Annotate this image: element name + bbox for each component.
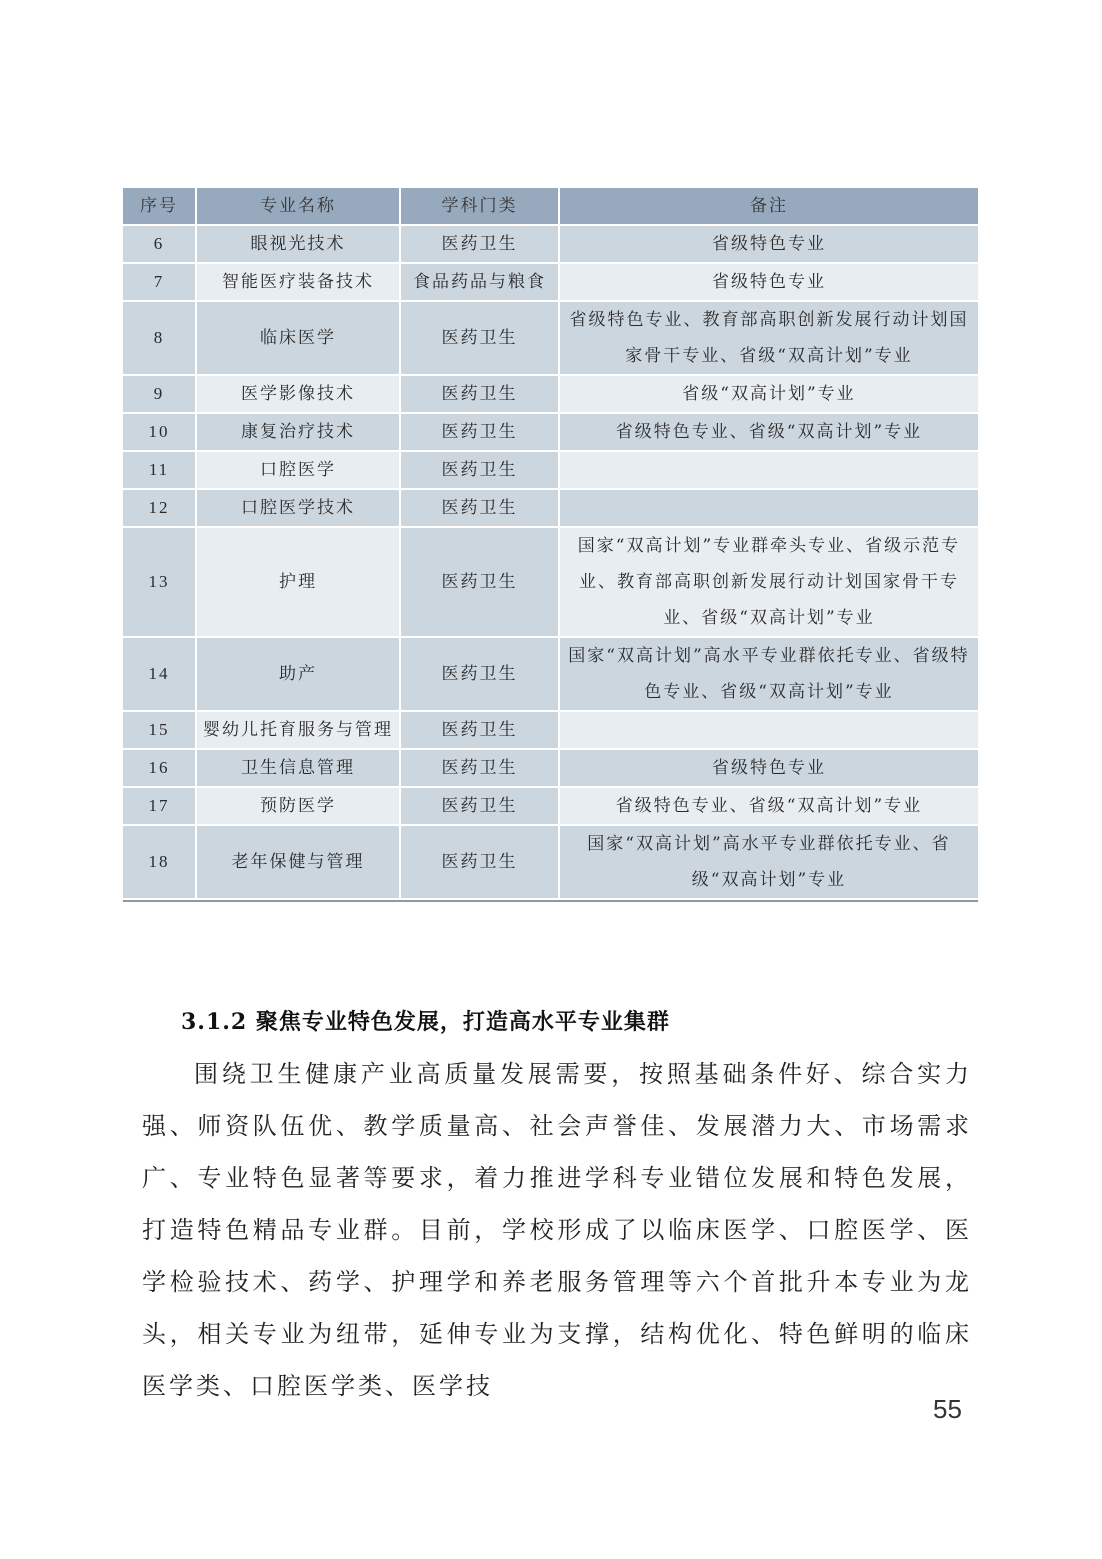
row-major-name: 医学影像技术 xyxy=(197,376,401,414)
row-seq: 18 xyxy=(123,826,197,900)
row-seq: 12 xyxy=(123,490,197,528)
table-row: 9医学影像技术医药卫生省级“双高计划”专业 xyxy=(123,376,978,414)
header-note: 备注 xyxy=(560,188,978,226)
table-row: 7智能医疗装备技术食品药品与粮食省级特色专业 xyxy=(123,264,978,302)
row-major-name: 口腔医学技术 xyxy=(197,490,401,528)
row-seq: 6 xyxy=(123,226,197,264)
table-body: 6眼视光技术医药卫生省级特色专业7智能医疗装备技术食品药品与粮食省级特色专业8临… xyxy=(123,226,978,900)
row-note: 国家“双高计划”高水平专业群依托专业、省级“双高计划”专业 xyxy=(560,826,978,900)
row-category: 医药卫生 xyxy=(401,226,560,264)
row-seq: 17 xyxy=(123,788,197,826)
row-category: 医药卫生 xyxy=(401,712,560,750)
row-note xyxy=(560,490,978,528)
row-seq: 16 xyxy=(123,750,197,788)
majors-table: 序号 专业名称 学科门类 备注 6眼视光技术医药卫生省级特色专业7智能医疗装备技… xyxy=(123,188,978,902)
header-major-name: 专业名称 xyxy=(197,188,401,226)
header-seq: 序号 xyxy=(123,188,197,226)
row-major-name: 卫生信息管理 xyxy=(197,750,401,788)
row-category: 医药卫生 xyxy=(401,788,560,826)
row-major-name: 智能医疗装备技术 xyxy=(197,264,401,302)
row-note: 省级特色专业 xyxy=(560,226,978,264)
row-major-name: 助产 xyxy=(197,638,401,712)
row-category: 医药卫生 xyxy=(401,302,560,376)
row-major-name: 康复治疗技术 xyxy=(197,414,401,452)
section-heading: 3.1.2 聚焦专业特色发展，打造高水平专业集群 xyxy=(181,1005,670,1036)
row-note: 省级特色专业 xyxy=(560,264,978,302)
row-note: 省级特色专业 xyxy=(560,750,978,788)
row-seq: 10 xyxy=(123,414,197,452)
row-major-name: 临床医学 xyxy=(197,302,401,376)
row-category: 医药卫生 xyxy=(401,414,560,452)
row-seq: 13 xyxy=(123,528,197,638)
row-category: 医药卫生 xyxy=(401,750,560,788)
row-note: 省级特色专业、教育部高职创新发展行动计划国家骨干专业、省级“双高计划”专业 xyxy=(560,302,978,376)
table-row: 8临床医学医药卫生省级特色专业、教育部高职创新发展行动计划国家骨干专业、省级“双… xyxy=(123,302,978,376)
table-row: 18老年保健与管理医药卫生国家“双高计划”高水平专业群依托专业、省级“双高计划”… xyxy=(123,826,978,900)
row-major-name: 预防医学 xyxy=(197,788,401,826)
row-seq: 11 xyxy=(123,452,197,490)
table-row: 13护理医药卫生国家“双高计划”专业群牵头专业、省级示范专业、教育部高职创新发展… xyxy=(123,528,978,638)
row-category: 医药卫生 xyxy=(401,490,560,528)
row-note: 省级特色专业、省级“双高计划”专业 xyxy=(560,414,978,452)
table-row: 10康复治疗技术医药卫生省级特色专业、省级“双高计划”专业 xyxy=(123,414,978,452)
table-header-row: 序号 专业名称 学科门类 备注 xyxy=(123,188,978,226)
row-major-name: 老年保健与管理 xyxy=(197,826,401,900)
row-note xyxy=(560,712,978,750)
row-seq: 14 xyxy=(123,638,197,712)
row-major-name: 婴幼儿托育服务与管理 xyxy=(197,712,401,750)
row-major-name: 眼视光技术 xyxy=(197,226,401,264)
row-seq: 9 xyxy=(123,376,197,414)
page-number: 55 xyxy=(933,1394,962,1425)
row-category: 医药卫生 xyxy=(401,638,560,712)
row-major-name: 护理 xyxy=(197,528,401,638)
row-category: 医药卫生 xyxy=(401,826,560,900)
row-category: 医药卫生 xyxy=(401,528,560,638)
table-row: 11口腔医学医药卫生 xyxy=(123,452,978,490)
row-seq: 8 xyxy=(123,302,197,376)
row-category: 食品药品与粮食 xyxy=(401,264,560,302)
table-row: 16卫生信息管理医药卫生省级特色专业 xyxy=(123,750,978,788)
row-note: 国家“双高计划”高水平专业群依托专业、省级特色专业、省级“双高计划”专业 xyxy=(560,638,978,712)
row-note: 省级“双高计划”专业 xyxy=(560,376,978,414)
table-row: 14助产医药卫生国家“双高计划”高水平专业群依托专业、省级特色专业、省级“双高计… xyxy=(123,638,978,712)
row-seq: 7 xyxy=(123,264,197,302)
table-row: 12口腔医学技术医药卫生 xyxy=(123,490,978,528)
row-note xyxy=(560,452,978,490)
body-paragraph: 围绕卫生健康产业高质量发展需要，按照基础条件好、综合实力强、师资队伍优、教学质量… xyxy=(142,1048,972,1412)
table-row: 6眼视光技术医药卫生省级特色专业 xyxy=(123,226,978,264)
table-row: 15婴幼儿托育服务与管理医药卫生 xyxy=(123,712,978,750)
row-note: 国家“双高计划”专业群牵头专业、省级示范专业、教育部高职创新发展行动计划国家骨干… xyxy=(560,528,978,638)
row-category: 医药卫生 xyxy=(401,452,560,490)
table-row: 17预防医学医药卫生省级特色专业、省级“双高计划”专业 xyxy=(123,788,978,826)
row-category: 医药卫生 xyxy=(401,376,560,414)
row-major-name: 口腔医学 xyxy=(197,452,401,490)
row-note: 省级特色专业、省级“双高计划”专业 xyxy=(560,788,978,826)
row-seq: 15 xyxy=(123,712,197,750)
header-category: 学科门类 xyxy=(401,188,560,226)
